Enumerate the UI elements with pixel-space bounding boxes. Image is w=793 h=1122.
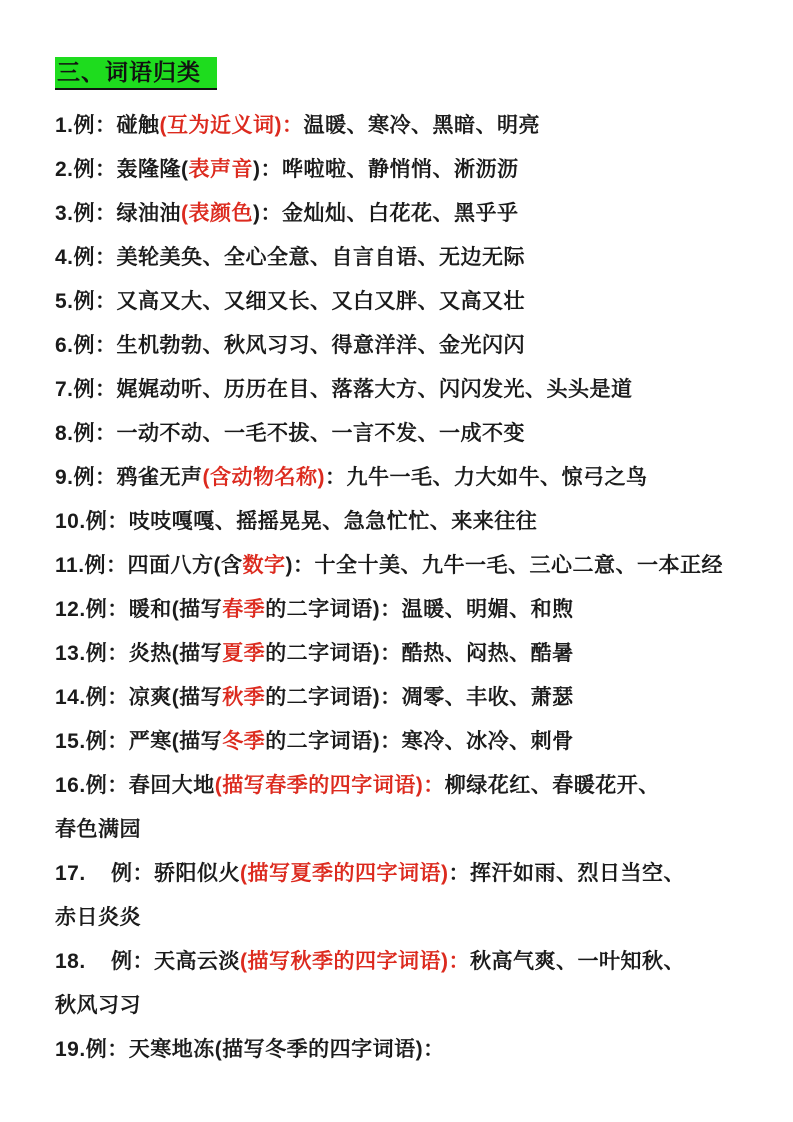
line-text: 柳绿花红、春暖花开、 <box>445 774 660 797</box>
category-label: (表颜色 <box>181 202 253 225</box>
line-text: 12.例：暖和(描写 <box>55 598 222 621</box>
line-text: 秋风习习 <box>55 994 141 1017</box>
category-label: 夏季 <box>222 642 265 665</box>
category-label: (互为近义词)： <box>160 114 304 137</box>
line-text: )：金灿灿、白花花、黑乎乎 <box>253 202 519 225</box>
list-line: 13.例：炎热(描写夏季的二字词语)：酷热、闷热、酷暑 <box>55 632 743 676</box>
category-label: 春季 <box>222 598 265 621</box>
list-line: 14.例：凉爽(描写秋季的二字词语)：凋零、丰收、萧瑟 <box>55 676 743 720</box>
list-line: 10.例：吱吱嘎嘎、摇摇晃晃、急急忙忙、来来往往 <box>55 500 743 544</box>
category-label: (描写秋季的四字词语)： <box>240 950 470 973</box>
list-line: 8.例：一动不动、一毛不拔、一言不发、一成不变 <box>55 412 743 456</box>
line-text: 15.例：严寒(描写 <box>55 730 222 753</box>
list-line: 2.例：轰隆隆(表声音)：哗啦啦、静悄悄、淅沥沥 <box>55 148 743 192</box>
list-line: 18. 例：天高云淡(描写秋季的四字词语)：秋高气爽、一叶知秋、秋风习习 <box>55 940 743 1028</box>
line-text: 8.例：一动不动、一毛不拔、一言不发、一成不变 <box>55 422 525 445</box>
section-title-text: 三、词语归类 <box>55 57 217 90</box>
document-page: 三、词语归类 1.例：碰触(互为近义词)：温暖、寒冷、黑暗、明亮2.例：轰隆隆(… <box>0 0 793 1122</box>
line-text: 17. 例：骄阳似火 <box>55 862 240 885</box>
list-line: 4.例：美轮美奂、全心全意、自言自语、无边无际 <box>55 236 743 280</box>
category-label: 表声音 <box>189 158 254 181</box>
line-text: )：十全十美、九牛一毛、三心二意、一本正经 <box>286 554 724 577</box>
line-text: 16.例：春回大地 <box>55 774 215 797</box>
line-text: 18. 例：天高云淡 <box>55 950 240 973</box>
line-text: 6.例：生机勃勃、秋风习习、得意洋洋、金光闪闪 <box>55 334 525 357</box>
line-text: 秋高气爽、一叶知秋、 <box>470 950 685 973</box>
list-line: 17. 例：骄阳似火(描写夏季的四字词语)：挥汗如雨、烈日当空、赤日炎炎 <box>55 852 743 940</box>
line-text: 11.例：四面八方(含 <box>55 554 243 577</box>
category-label: 冬季 <box>222 730 265 753</box>
line-text: 的二字词语)：寒冷、冰冷、刺骨 <box>265 730 574 753</box>
line-text: 7.例：娓娓动听、历历在目、落落大方、闪闪发光、头头是道 <box>55 378 633 401</box>
line-text: 4.例：美轮美奂、全心全意、自言自语、无边无际 <box>55 246 525 269</box>
list-line: 19.例：天寒地冻(描写冬季的四字词语)： <box>55 1028 743 1072</box>
line-text: 的二字词语)：温暖、明媚、和煦 <box>265 598 574 621</box>
line-text: 温暖、寒冷、黑暗、明亮 <box>304 114 541 137</box>
line-text: 赤日炎炎 <box>55 906 141 929</box>
section-title: 三、词语归类 <box>55 57 743 90</box>
list-line: 7.例：娓娓动听、历历在目、落落大方、闪闪发光、头头是道 <box>55 368 743 412</box>
line-text: 春色满园 <box>55 818 141 841</box>
category-label: 秋季 <box>222 686 265 709</box>
list-line: 3.例：绿油油(表颜色)：金灿灿、白花花、黑乎乎 <box>55 192 743 236</box>
line-text: ：挥汗如雨、烈日当空、 <box>449 862 686 885</box>
list-line: 1.例：碰触(互为近义词)：温暖、寒冷、黑暗、明亮 <box>55 104 743 148</box>
line-text: 9.例：鸦雀无声 <box>55 466 203 489</box>
line-text: 的二字词语)：酷热、闷热、酷暑 <box>265 642 574 665</box>
list-line: 5.例：又高又大、又细又长、又白又胖、又高又壮 <box>55 280 743 324</box>
line-text: 3.例：绿油油 <box>55 202 181 225</box>
category-label: (含动物名称) <box>203 466 326 489</box>
line-text: 的二字词语)：凋零、丰收、萧瑟 <box>265 686 574 709</box>
line-text: 19.例：天寒地冻(描写冬季的四字词语)： <box>55 1038 445 1061</box>
line-text: 2.例：轰隆隆( <box>55 158 189 181</box>
line-text: 13.例：炎热(描写 <box>55 642 222 665</box>
list-line: 15.例：严寒(描写冬季的二字词语)：寒冷、冰冷、刺骨 <box>55 720 743 764</box>
category-label: (描写夏季的四字词语) <box>240 862 449 885</box>
category-label: (描写春季的四字词语)： <box>215 774 445 797</box>
line-text: 1.例：碰触 <box>55 114 160 137</box>
list-line: 12.例：暖和(描写春季的二字词语)：温暖、明媚、和煦 <box>55 588 743 632</box>
line-text: )：哗啦啦、静悄悄、淅沥沥 <box>253 158 519 181</box>
line-text: 14.例：凉爽(描写 <box>55 686 222 709</box>
list-line: 11.例：四面八方(含数字)：十全十美、九牛一毛、三心二意、一本正经 <box>55 544 743 588</box>
list-line: 9.例：鸦雀无声(含动物名称)：九牛一毛、力大如牛、惊弓之鸟 <box>55 456 743 500</box>
list-line: 6.例：生机勃勃、秋风习习、得意洋洋、金光闪闪 <box>55 324 743 368</box>
line-text: 10.例：吱吱嘎嘎、摇摇晃晃、急急忙忙、来来往往 <box>55 510 537 533</box>
word-list: 1.例：碰触(互为近义词)：温暖、寒冷、黑暗、明亮2.例：轰隆隆(表声音)：哗啦… <box>55 104 743 1072</box>
list-line: 16.例：春回大地(描写春季的四字词语)：柳绿花红、春暖花开、春色满园 <box>55 764 743 852</box>
line-text: ：九牛一毛、力大如牛、惊弓之鸟 <box>325 466 648 489</box>
category-label: 数字 <box>243 554 286 577</box>
line-text: 5.例：又高又大、又细又长、又白又胖、又高又壮 <box>55 290 525 313</box>
